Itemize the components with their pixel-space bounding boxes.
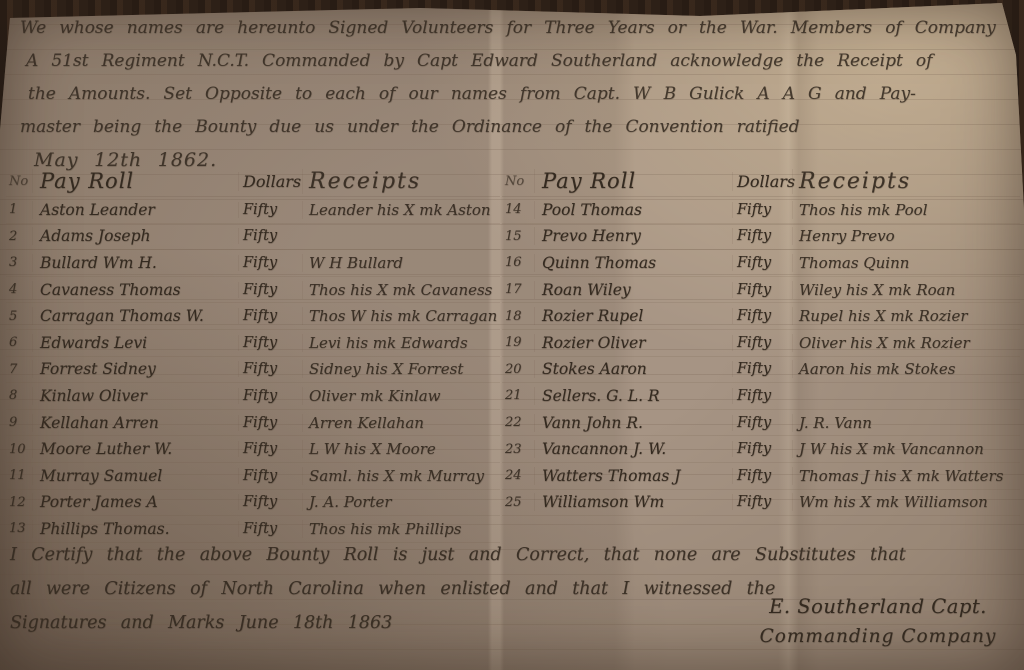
row-number: 21 bbox=[502, 388, 534, 403]
soldier-name: Vancannon J. W. bbox=[534, 440, 732, 458]
row-number: 3 bbox=[6, 255, 32, 270]
receipt-signature: Wm his X mk Williamson bbox=[792, 493, 1020, 511]
captain-signature: E. Southerland Capt. bbox=[742, 592, 1014, 622]
receipt-signature: Henry Prevo bbox=[792, 227, 1020, 245]
row-number: 6 bbox=[6, 335, 32, 350]
soldier-name: Quinn Thomas bbox=[534, 254, 732, 272]
bounty-amount: Fifty bbox=[732, 415, 792, 431]
soldier-name: Kinlaw Oliver bbox=[32, 387, 238, 405]
receipt-signature: Thomas Quinn bbox=[792, 254, 1020, 272]
table-header-row: No Pay Roll Dollars Receipts bbox=[502, 166, 1020, 197]
header-dollars: Dollars bbox=[732, 172, 792, 191]
receipt-signature: Sidney his X Forrest bbox=[302, 360, 500, 378]
receipt-signature: Leander his X mk Aston bbox=[302, 201, 500, 219]
receipt-signature: L W his X Moore bbox=[302, 440, 500, 458]
pay-roll-table-right: No Pay Roll Dollars Receipts 14 Pool Tho… bbox=[502, 166, 1020, 516]
table-row: 20 Stokes Aaron Fifty Aaron his mk Stoke… bbox=[502, 357, 1020, 384]
receipt-signature: Wiley his X mk Roan bbox=[792, 281, 1020, 299]
bounty-amount: Fifty bbox=[238, 228, 302, 244]
bounty-amount: Fifty bbox=[238, 361, 302, 377]
document-paper: We whose names are hereunto Signed Volun… bbox=[0, 0, 1024, 670]
captain-title: Commanding Company bbox=[742, 622, 1014, 652]
receipt-signature: Thos his mk Pool bbox=[792, 201, 1020, 219]
row-number: 15 bbox=[502, 229, 534, 244]
bounty-amount: Fifty bbox=[238, 388, 302, 404]
row-number: 8 bbox=[6, 388, 32, 403]
pay-roll-table-left: No Pay Roll Dollars Receipts 1 Aston Lea… bbox=[6, 166, 500, 543]
row-number: 19 bbox=[502, 335, 534, 350]
soldier-name: Moore Luther W. bbox=[32, 440, 238, 458]
header-no: No bbox=[502, 174, 534, 189]
receipt-signature: Thos his mk Phillips bbox=[302, 520, 500, 538]
header-receipts: Receipts bbox=[792, 169, 1020, 194]
soldier-name: Watters Thomas J bbox=[534, 467, 732, 485]
row-number: 10 bbox=[6, 442, 32, 457]
soldier-name: Roan Wiley bbox=[534, 281, 732, 299]
soldier-name: Sellers. G. L. R bbox=[534, 387, 732, 405]
soldier-name: Murray Samuel bbox=[32, 467, 238, 485]
bounty-amount: Fifty bbox=[238, 415, 302, 431]
receipt-signature: Arren Kellahan bbox=[302, 414, 500, 432]
table-row: 4 Cavaness Thomas Fifty Thos his X mk Ca… bbox=[6, 277, 500, 304]
row-number: 17 bbox=[502, 282, 534, 297]
table-row: 10 Moore Luther W. Fifty L W his X Moore bbox=[6, 436, 500, 463]
row-number: 12 bbox=[6, 495, 32, 510]
row-number: 1 bbox=[6, 202, 32, 217]
row-number: 11 bbox=[6, 468, 32, 483]
receipt-signature: Aaron his mk Stokes bbox=[792, 360, 1020, 378]
bounty-amount: Fifty bbox=[732, 335, 792, 351]
photographed-muster-roll: We whose names are hereunto Signed Volun… bbox=[0, 0, 1024, 670]
bounty-amount: Fifty bbox=[238, 441, 302, 457]
soldier-name: Stokes Aaron bbox=[534, 360, 732, 378]
bounty-amount: Fifty bbox=[238, 468, 302, 484]
table-row: 8 Kinlaw Oliver Fifty Oliver mk Kinlaw bbox=[6, 383, 500, 410]
receipt-signature: Thomas J his X mk Watters bbox=[792, 467, 1020, 485]
row-number: 2 bbox=[6, 229, 32, 244]
soldier-name: Rozier Oliver bbox=[534, 334, 732, 352]
bounty-amount: Fifty bbox=[732, 255, 792, 271]
certification-line: I Certify that the above Bounty Roll is … bbox=[10, 538, 1010, 572]
row-number: 25 bbox=[502, 495, 534, 510]
bounty-amount: Fifty bbox=[238, 202, 302, 218]
bounty-amount: Fifty bbox=[238, 255, 302, 271]
bounty-amount: Fifty bbox=[732, 441, 792, 457]
table-row: 22 Vann John R. Fifty J. R. Vann bbox=[502, 410, 1020, 437]
header-no: No bbox=[6, 174, 32, 189]
header-dollars: Dollars bbox=[238, 172, 302, 191]
table-row: 23 Vancannon J. W. Fifty J W his X mk Va… bbox=[502, 436, 1020, 463]
table-row: 11 Murray Samuel Fifty Saml. his X mk Mu… bbox=[6, 463, 500, 490]
soldier-name: Phillips Thomas. bbox=[32, 520, 238, 538]
soldier-name: Prevo Henry bbox=[534, 227, 732, 245]
row-number: 24 bbox=[502, 468, 534, 483]
row-number: 7 bbox=[6, 362, 32, 377]
receipt-signature: Oliver his X mk Rozier bbox=[792, 334, 1020, 352]
soldier-name: Kellahan Arren bbox=[32, 414, 238, 432]
signature-block: E. Southerland Capt. Commanding Company bbox=[742, 592, 1014, 652]
receipt-signature: J. A. Porter bbox=[302, 493, 500, 511]
table-row: 17 Roan Wiley Fifty Wiley his X mk Roan bbox=[502, 277, 1020, 304]
row-number: 16 bbox=[502, 255, 534, 270]
receipt-signature: J W his X mk Vancannon bbox=[792, 440, 1020, 458]
table-row: 5 Carragan Thomas W. Fifty Thos W his mk… bbox=[6, 303, 500, 330]
row-number: 22 bbox=[502, 415, 534, 430]
receipt-signature: Thos W his mk Carragan bbox=[302, 307, 500, 325]
bounty-amount: Fifty bbox=[732, 361, 792, 377]
soldier-name: Bullard Wm H. bbox=[32, 254, 238, 272]
row-number: 4 bbox=[6, 282, 32, 297]
soldier-name: Adams Joseph bbox=[32, 227, 238, 245]
soldier-name: Pool Thomas bbox=[534, 201, 732, 219]
soldier-name: Forrest Sidney bbox=[32, 360, 238, 378]
receipt-signature: Saml. his X mk Murray bbox=[302, 467, 500, 485]
header-receipts: Receipts bbox=[302, 169, 500, 194]
table-row: 18 Rozier Rupel Fifty Rupel his X mk Roz… bbox=[502, 303, 1020, 330]
soldier-name: Williamson Wm bbox=[534, 493, 732, 511]
row-number: 5 bbox=[6, 309, 32, 324]
bounty-amount: Fifty bbox=[238, 308, 302, 324]
row-number: 9 bbox=[6, 415, 32, 430]
bounty-amount: Fifty bbox=[238, 494, 302, 510]
table-row: 9 Kellahan Arren Fifty Arren Kellahan bbox=[6, 410, 500, 437]
row-number: 23 bbox=[502, 442, 534, 457]
row-number: 14 bbox=[502, 202, 534, 217]
soldier-name: Cavaness Thomas bbox=[32, 281, 238, 299]
opening-line: A 51st Regiment N.C.T. Commanded by Capt… bbox=[20, 45, 1014, 78]
receipt-signature: W H Bullard bbox=[302, 254, 500, 272]
table-row: 16 Quinn Thomas Fifty Thomas Quinn bbox=[502, 250, 1020, 277]
table-row: 6 Edwards Levi Fifty Levi his mk Edwards bbox=[6, 330, 500, 357]
bounty-amount: Fifty bbox=[732, 468, 792, 484]
opening-line: We whose names are hereunto Signed Volun… bbox=[20, 12, 1014, 45]
bounty-amount: Fifty bbox=[238, 521, 302, 537]
receipt-signature: Levi his mk Edwards bbox=[302, 334, 500, 352]
bounty-amount: Fifty bbox=[732, 228, 792, 244]
bounty-amount: Fifty bbox=[732, 202, 792, 218]
bounty-amount: Fifty bbox=[238, 282, 302, 298]
table-row: 15 Prevo Henry Fifty Henry Prevo bbox=[502, 224, 1020, 251]
header-payroll: Pay Roll bbox=[534, 169, 732, 193]
table-row: 14 Pool Thomas Fifty Thos his mk Pool bbox=[502, 197, 1020, 224]
opening-line: master being the Bounty due us under the… bbox=[20, 111, 1014, 144]
bounty-amount: Fifty bbox=[732, 388, 792, 404]
table-row: 1 Aston Leander Fifty Leander his X mk A… bbox=[6, 197, 500, 224]
row-number: 20 bbox=[502, 362, 534, 377]
soldier-name: Edwards Levi bbox=[32, 334, 238, 352]
opening-line: the Amounts. Set Opposite to each of our… bbox=[20, 78, 1014, 111]
row-number: 18 bbox=[502, 309, 534, 324]
table-row: 19 Rozier Oliver Fifty Oliver his X mk R… bbox=[502, 330, 1020, 357]
bounty-amount: Fifty bbox=[732, 282, 792, 298]
opening-paragraph: We whose names are hereunto Signed Volun… bbox=[20, 12, 1014, 177]
soldier-name: Porter James A bbox=[32, 493, 238, 511]
soldier-name: Aston Leander bbox=[32, 201, 238, 219]
receipt-signature: J. R. Vann bbox=[792, 414, 1020, 432]
table-row: 2 Adams Joseph Fifty bbox=[6, 224, 500, 251]
bounty-amount: Fifty bbox=[238, 335, 302, 351]
table-row: 25 Williamson Wm Fifty Wm his X mk Willi… bbox=[502, 490, 1020, 517]
table-row: 7 Forrest Sidney Fifty Sidney his X Forr… bbox=[6, 357, 500, 384]
receipt-signature: Rupel his X mk Rozier bbox=[792, 307, 1020, 325]
receipt-signature: Thos his X mk Cavaness bbox=[302, 281, 500, 299]
bounty-amount: Fifty bbox=[732, 494, 792, 510]
table-row: 3 Bullard Wm H. Fifty W H Bullard bbox=[6, 250, 500, 277]
header-payroll: Pay Roll bbox=[32, 169, 238, 193]
soldier-name: Rozier Rupel bbox=[534, 307, 732, 325]
receipt-signature: Oliver mk Kinlaw bbox=[302, 387, 500, 405]
soldier-name: Carragan Thomas W. bbox=[32, 307, 238, 325]
row-number: 13 bbox=[6, 521, 32, 536]
bounty-amount: Fifty bbox=[732, 308, 792, 324]
table-row: 21 Sellers. G. L. R Fifty bbox=[502, 383, 1020, 410]
table-row: 12 Porter James A Fifty J. A. Porter bbox=[6, 490, 500, 517]
table-row: 24 Watters Thomas J Fifty Thomas J his X… bbox=[502, 463, 1020, 490]
soldier-name: Vann John R. bbox=[534, 414, 732, 432]
table-header-row: No Pay Roll Dollars Receipts bbox=[6, 166, 500, 197]
